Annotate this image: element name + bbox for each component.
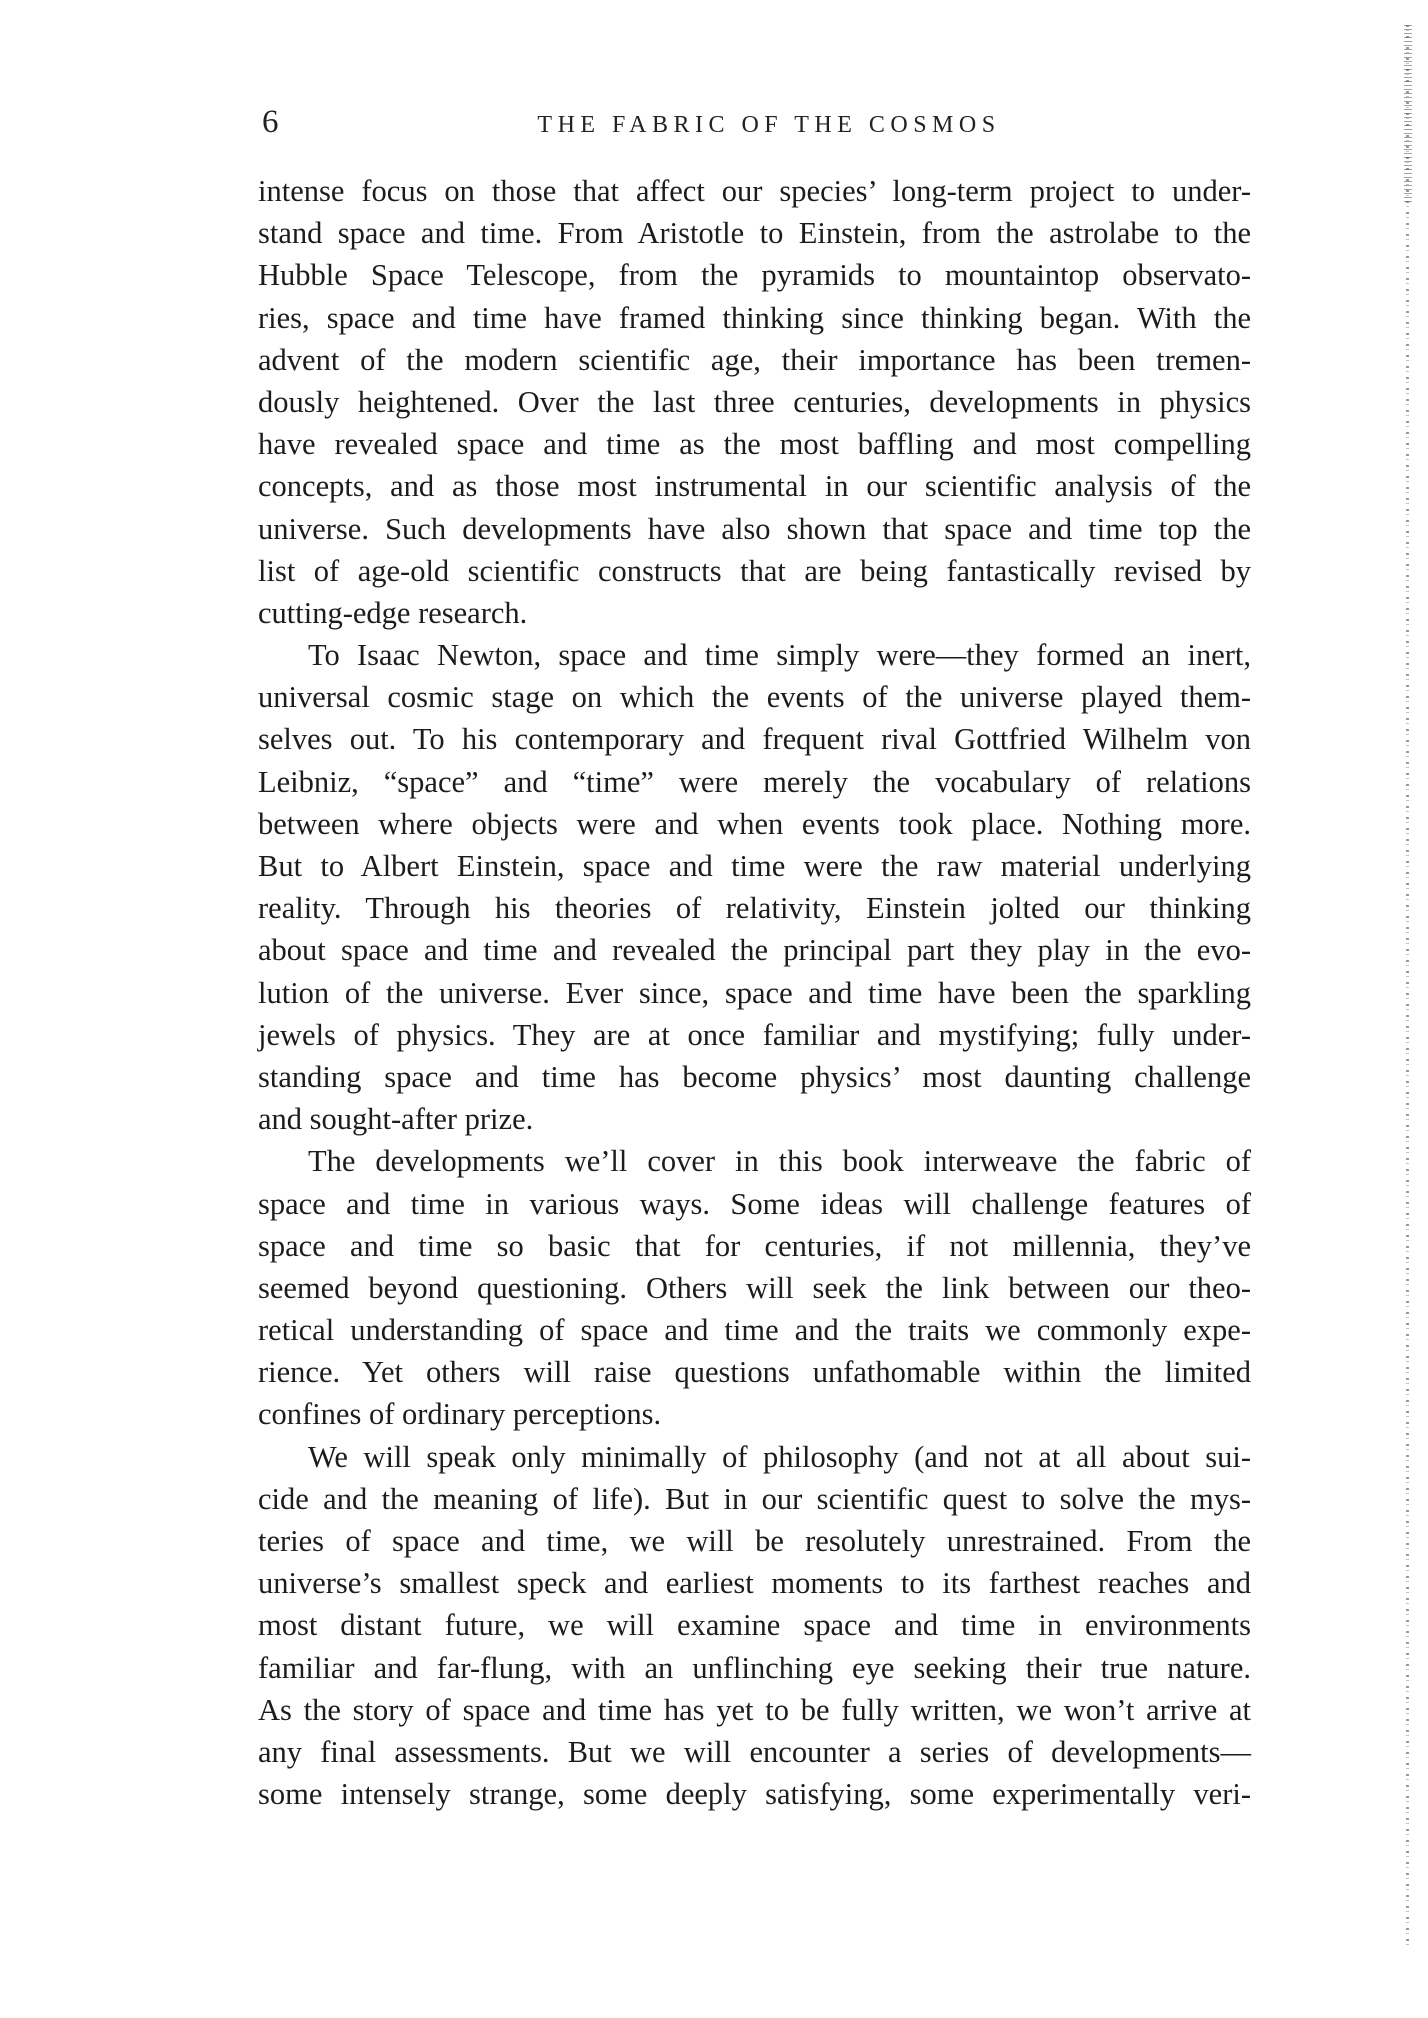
text-line: most distant future, we will examine spa… [258, 1604, 1251, 1646]
paragraph-2: To Isaac Newton, space and time simply w… [258, 634, 1251, 1140]
scan-edge-artifact [1406, 25, 1409, 1945]
text-line: space and time so basic that for centuri… [258, 1225, 1251, 1267]
body-text: intense focus on those that affect our s… [258, 170, 1251, 1815]
text-line: cutting-edge research. [258, 592, 1251, 634]
text-line: We will speak only minimally of philosop… [258, 1436, 1251, 1478]
text-line: have revealed space and time as the most… [258, 423, 1251, 465]
paragraph-4: We will speak only minimally of philosop… [258, 1436, 1251, 1816]
text-line: reality. Through his theories of relativ… [258, 887, 1251, 929]
text-line: selves out. To his contemporary and freq… [258, 718, 1251, 760]
book-page: 6 THE FABRIC OF THE COSMOS intense focus… [0, 0, 1428, 2018]
text-line: retical understanding of space and time … [258, 1309, 1251, 1351]
paragraph-3: The developments we’ll cover in this boo… [258, 1140, 1251, 1435]
text-line: universe. Such developments have also sh… [258, 508, 1251, 550]
text-line: rience. Yet others will raise questions … [258, 1351, 1251, 1393]
text-line: intense focus on those that affect our s… [258, 170, 1251, 212]
text-line: lution of the universe. Ever since, spac… [258, 972, 1251, 1014]
running-head: 6 THE FABRIC OF THE COSMOS [258, 100, 1250, 150]
text-line: universe’s smallest speck and earliest m… [258, 1562, 1251, 1604]
text-line: some intensely strange, some deeply sati… [258, 1773, 1251, 1815]
paragraph-1: intense focus on those that affect our s… [258, 170, 1251, 634]
text-line: about space and time and revealed the pr… [258, 929, 1251, 971]
text-line: Hubble Space Telescope, from the pyramid… [258, 254, 1251, 296]
text-line: jewels of physics. They are at once fami… [258, 1014, 1251, 1056]
text-line: ries, space and time have framed thinkin… [258, 297, 1251, 339]
text-line: space and time in various ways. Some ide… [258, 1183, 1251, 1225]
text-line: Leibniz, “space” and “time” were merely … [258, 761, 1251, 803]
text-line: As the story of space and time has yet t… [258, 1689, 1251, 1731]
text-line: advent of the modern scientific age, the… [258, 339, 1251, 381]
text-line: universal cosmic stage on which the even… [258, 676, 1251, 718]
text-line: standing space and time has become physi… [258, 1056, 1251, 1098]
text-line: stand space and time. From Aristotle to … [258, 212, 1251, 254]
text-line: familiar and far-flung, with an unflinch… [258, 1647, 1251, 1689]
text-line: list of age-old scientific constructs th… [258, 550, 1251, 592]
text-line: between where objects were and when even… [258, 803, 1251, 845]
text-line: teries of space and time, we will be res… [258, 1520, 1251, 1562]
text-line: But to Albert Einstein, space and time w… [258, 845, 1251, 887]
text-line: concepts, and as those most instrumental… [258, 465, 1251, 507]
text-line: any final assessments. But we will encou… [258, 1731, 1251, 1773]
text-line: seemed beyond questioning. Others will s… [258, 1267, 1251, 1309]
text-line: To Isaac Newton, space and time simply w… [258, 634, 1251, 676]
text-line: The developments we’ll cover in this boo… [258, 1140, 1251, 1182]
text-line: confines of ordinary perceptions. [258, 1393, 1251, 1435]
text-line: and sought-after prize. [258, 1098, 1251, 1140]
text-line: cide and the meaning of life). But in ou… [258, 1478, 1251, 1520]
running-title: THE FABRIC OF THE COSMOS [258, 110, 1250, 140]
text-line: dously heightened. Over the last three c… [258, 381, 1251, 423]
